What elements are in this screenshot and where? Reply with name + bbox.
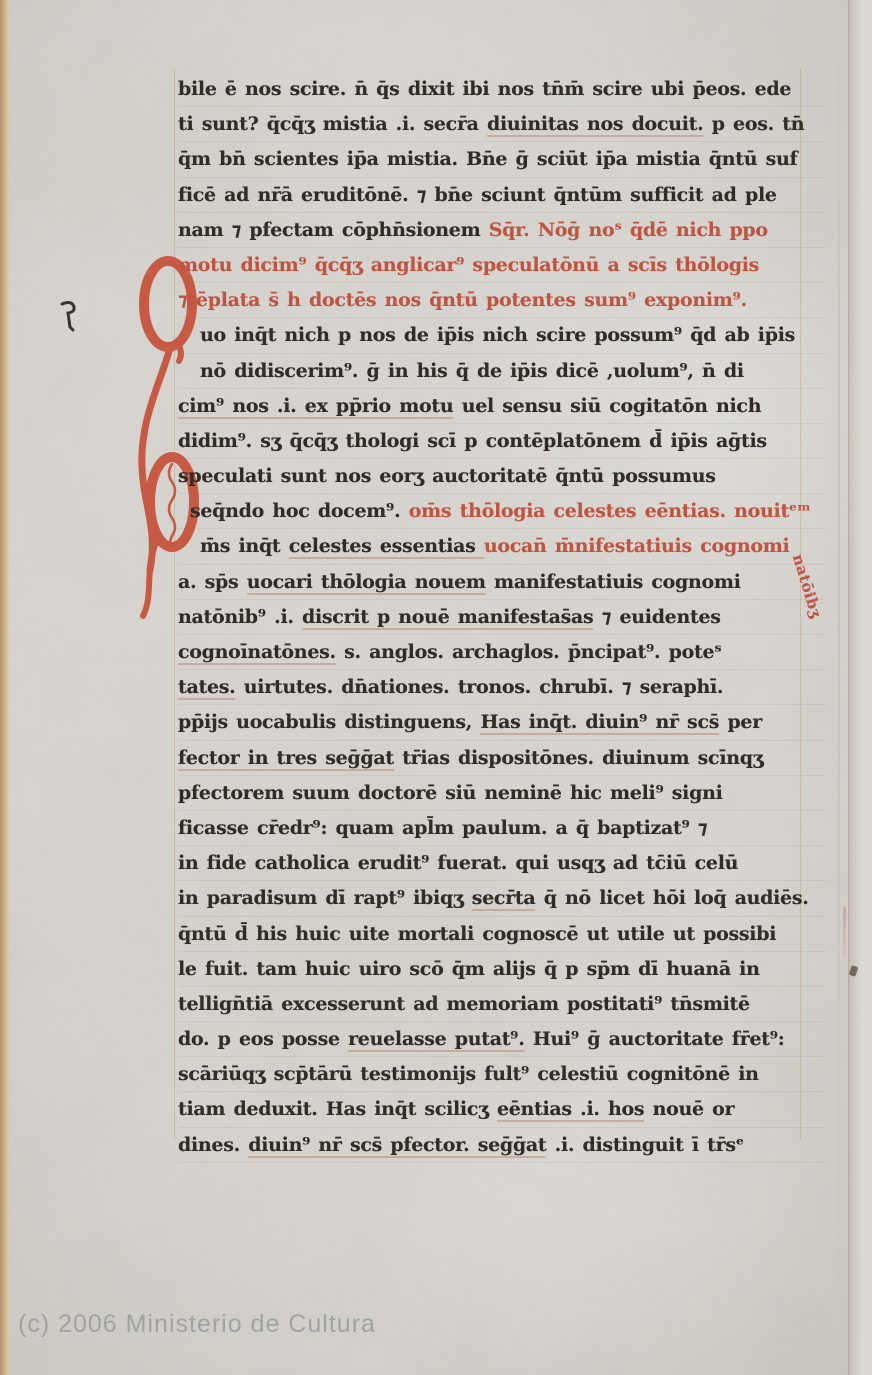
ink-text: Hui⁹ ḡ auctoritate fr̄et⁹: [525,1028,785,1050]
ink-text: discrit p nouē manifestas̄as [302,606,593,630]
ink-text: secr̄ta [472,887,536,911]
ink-text: diuin⁹ nr̄ scs̄ pfector. seḡḡat [248,1134,546,1158]
ink-text: cim⁹ nos .i. ex pp̄rio motu [178,395,453,419]
ink-text: tates. [178,676,235,700]
rubric-text: Sq̄r. Nōḡ noˢ q̄dē nich ppo [489,219,768,241]
ink-text: natōnib⁹ .i. [178,606,302,628]
ink-text: tr̄ias dispositōnes. diuinum scīnqʒ [394,747,763,769]
manuscript-line-22: ficasse cr̄edr⁹: quam apl̄m paulum. a q̄… [178,811,826,846]
manuscript-line-5: nam ⁊ pfectam cōphn̄sionem Sq̄r. Nōḡ noˢ… [178,213,826,248]
ink-text: per [719,711,762,733]
ink-text: in fide catholica erudit⁹ fuerat. qui us… [178,852,738,874]
ink-text: speculati sunt nos eorʒ auctoritatē q̄nt… [178,465,716,487]
ink-text: cognoīnatōnes. [178,641,336,665]
manuscript-line-16: natōnib⁹ .i. discrit p nouē manifestas̄a… [178,600,826,635]
manuscript-line-20: fector in tres seḡḡat tr̄ias dispositōne… [178,741,826,776]
manuscript-line-27: tellign̄tiā excesserunt ad memoriam post… [178,987,826,1022]
ink-text: uirtutes. dn̄ationes. tronos. chrubī. ⁊ … [235,676,723,698]
copyright-watermark: (c) 2006 Ministerio de Cultura [18,1310,376,1339]
ink-text: do. p eos posse [178,1028,348,1050]
manuscript-line-25: q̄ntū d̄ his huic uite mortali cognoscē … [178,917,826,952]
ink-text: Has inq̄t. diuin⁹ nr̄ scs̄ [480,711,719,735]
manuscript-line-4: ficē ad nr̄ā eruditōnē. ⁊ bn̄e sciunt q̄… [178,178,826,213]
ink-text: pp̄ijs uocabulis distinguens, [178,711,480,733]
page-crease [838,0,840,1375]
fore-edge [848,0,872,1375]
text-block: bile ē nos scire. n̄ q̄s dixit ibi nos t… [178,72,826,1163]
manuscript-line-28: do. p eos posse reuelasse putat⁹. Hui⁹ ḡ… [178,1022,826,1057]
ink-text: scāriūqʒ scp̄tārū testimonijs fult⁹ cele… [178,1063,759,1085]
ink-text: manifestatiuis cognomi [486,571,741,593]
ink-text: p eos. tn̄ [703,113,804,135]
ink-text: eēntias .i. hos [497,1098,644,1122]
rubric-text: uocan̄ m̄nifestatiuis cognomi [484,535,790,557]
ink-text: q̄ntū d̄ his huic uite mortali cognoscē … [178,923,776,945]
ink-text: reuelasse putat⁹. [348,1028,524,1052]
binding-gutter-edge [0,0,10,1375]
ink-text: q̄m bn̄ scientes ip̄a mistia. Bn̄e ḡ sci… [178,148,797,170]
manuscript-line-2: ti sunt? q̄cq̄ʒ mistia .i. secr̄a diuini… [178,107,826,142]
manuscript-page: bile ē nos scire. n̄ q̄s dixit ibi nos t… [0,0,872,1375]
manuscript-line-6: motu dicim⁹ q̄cq̄ʒ anglicar⁹ speculatōnū… [178,248,826,283]
ink-text: q̄ nō licet hōi loq̄ audiēs. [535,887,808,909]
manuscript-line-9: nō didiscerim⁹. ḡ in his q̄ de ip̄is dic… [178,354,826,389]
ink-text: nam ⁊ pfectam cōphn̄sionem [178,219,489,241]
ink-text: m̄s inq̄t [200,535,289,557]
ink-text: ⁊ euidentes [593,606,720,628]
manuscript-line-19: pp̄ijs uocabulis distinguens, Has inq̄t.… [178,705,826,740]
manuscript-line-23: in fide catholica erudit⁹ fuerat. qui us… [178,846,826,881]
ink-text: seq̄ndo hoc docem⁹. [190,500,409,522]
ink-text: bile ē nos scire. n̄ q̄s dixit ibi nos t… [178,78,791,100]
manuscript-line-14: m̄s inq̄t celestes essentias uocan̄ m̄ni… [178,529,826,564]
manuscript-line-11: didim⁹. sʒ q̄cq̄ʒ thologi scī p contēpla… [178,424,826,459]
ink-text: uo inq̄t nich p nos de ip̄is nich scire … [200,324,795,346]
ink-text: in paradisum dī rapt⁹ ibiqʒ [178,887,472,909]
ink-text: le fuit. tam huic uiro scō q̄m alijs q̄ … [178,958,760,980]
manuscript-line-29: scāriūqʒ scp̄tārū testimonijs fult⁹ cele… [178,1057,826,1092]
ink-text: a. sp̄s [178,571,247,593]
manuscript-line-8: uo inq̄t nich p nos de ip̄is nich scire … [178,318,826,353]
manuscript-line-17: cognoīnatōnes. s. anglos. archaglos. p̄n… [178,635,826,670]
manuscript-line-18: tates. uirtutes. dn̄ationes. tronos. chr… [178,670,826,705]
ink-text: didim⁹. sʒ q̄cq̄ʒ thologi scī p contēpla… [178,430,767,452]
ink-text: ti sunt? q̄cq̄ʒ mistia .i. secr̄a [178,113,487,135]
ink-text: ficasse cr̄edr⁹: quam apl̄m paulum. a q̄… [178,817,707,839]
edge-red-mark [843,906,846,958]
manuscript-line-13: seq̄ndo hoc docem⁹. om̄s thōlogia celest… [178,494,826,529]
ink-text: fector in tres seḡḡat [178,747,394,771]
manuscript-line-1: bile ē nos scire. n̄ q̄s dixit ibi nos t… [178,72,826,107]
manuscript-line-3: q̄m bn̄ scientes ip̄a mistia. Bn̄e ḡ sci… [178,142,826,177]
ink-text: ficē ad nr̄ā eruditōnē. ⁊ bn̄e sciunt q̄… [178,184,777,206]
ink-text: tiam deduxit. Has inq̄t scilicʒ [178,1098,497,1120]
ink-text: nō didiscerim⁹. ḡ in his q̄ de ip̄is dic… [200,360,744,382]
rubric-text: om̄s thōlogia celestes eēntias. nouitᵉᵐ [409,500,811,522]
manuscript-line-7: ⁊tēplata s̄ h doctēs nos q̄ntū potentes … [178,283,826,318]
ink-text: uel sensu siū cogitatōn nich [453,395,761,417]
manuscript-line-12: speculati sunt nos eorʒ auctoritatē q̄nt… [178,459,826,494]
ink-text: celestes essentias [289,535,484,559]
ink-text: nouē or [644,1098,734,1120]
manuscript-line-24: in paradisum dī rapt⁹ ibiqʒ secr̄ta q̄ n… [178,881,826,916]
ink-text: .i. distinguit ī tr̄sᵉ [546,1134,744,1156]
manuscript-line-30: tiam deduxit. Has inq̄t scilicʒ eēntias … [178,1092,826,1127]
ink-text: diuinitas nos docuit. [487,113,703,137]
manuscript-line-15: a. sp̄s uocari thōlogia nouem manifestat… [178,565,826,600]
ink-text: pfectorem suum doctorē siū neminē hic me… [178,782,723,804]
quire-mark-icon [56,298,82,334]
rubric-text: motu dicim⁹ q̄cq̄ʒ anglicar⁹ speculatōnū… [178,254,759,276]
ink-text: dines. [178,1134,248,1156]
ink-text: s. anglos. archaglos. p̄ncipat⁹. poteˢ [336,641,722,663]
ink-text: tellign̄tiā excesserunt ad memoriam post… [178,993,750,1015]
manuscript-line-31: dines. diuin⁹ nr̄ scs̄ pfector. seḡḡat .… [178,1128,826,1163]
rubric-text: ⁊tēplata s̄ h doctēs nos q̄ntū potentes … [178,289,747,311]
manuscript-line-26: le fuit. tam huic uiro scō q̄m alijs q̄ … [178,952,826,987]
manuscript-line-10: cim⁹ nos .i. ex pp̄rio motu uel sensu si… [178,389,826,424]
manuscript-line-21: pfectorem suum doctorē siū neminē hic me… [178,776,826,811]
ink-text: uocari thōlogia nouem [247,571,486,595]
